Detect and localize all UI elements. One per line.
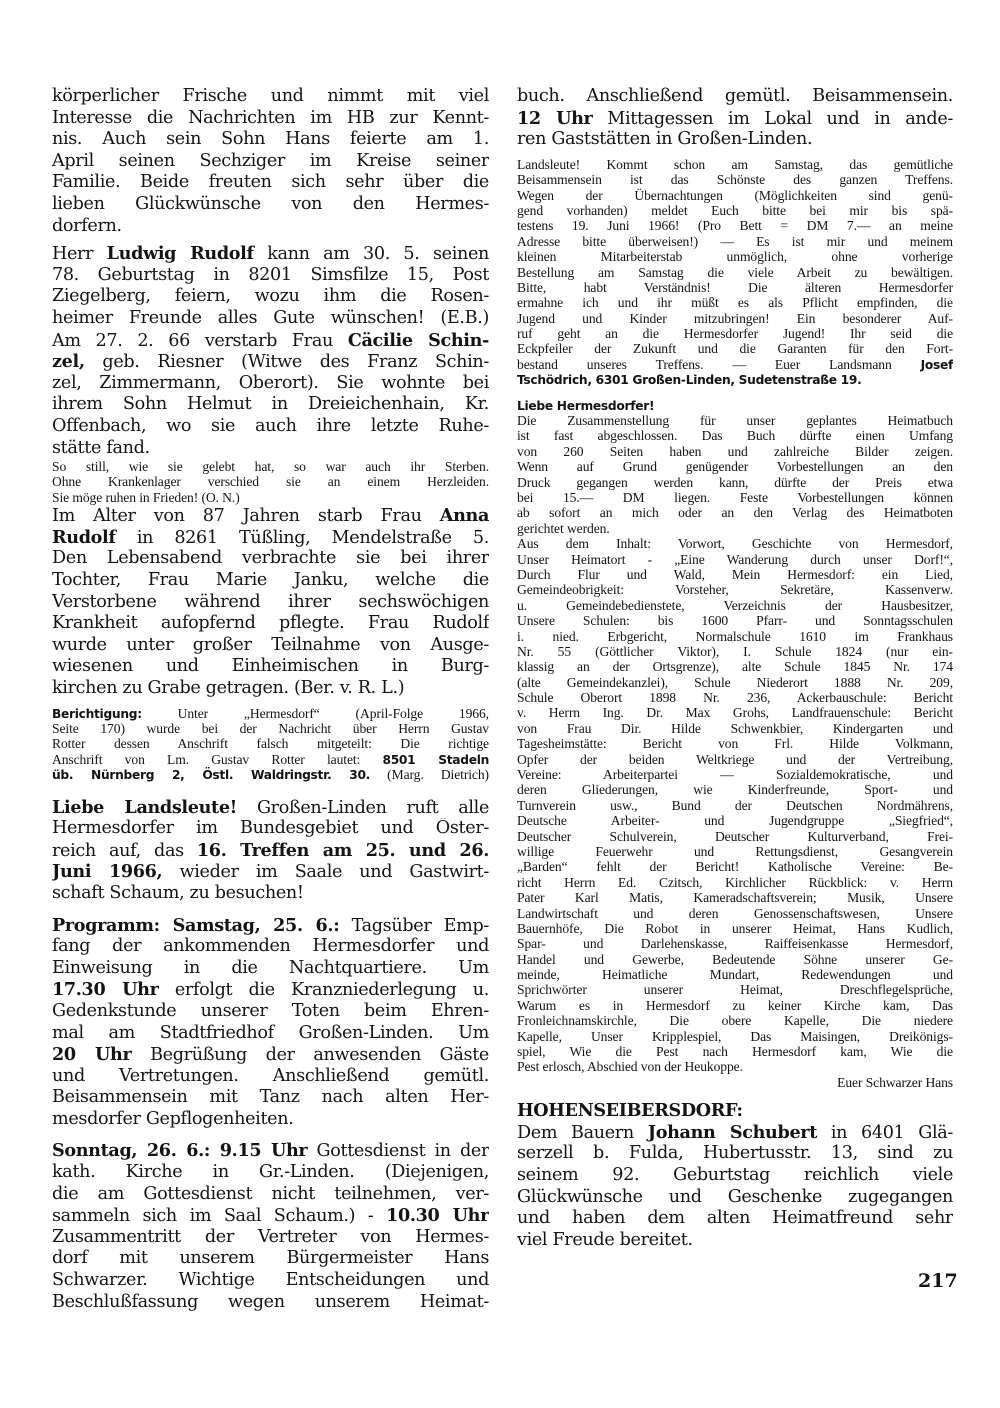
text-line: ruf geht an die Hermesdorfer Jugend! Ihr… — [517, 326, 953, 341]
text-line: Turnverein usw., Bund der Deutschen Nord… — [517, 798, 953, 813]
text-line: und Vertretungen. Anschließend gemütl. — [52, 1066, 489, 1088]
text-line: stätte fand. — [52, 438, 489, 460]
text-line: Nr. 55 (Göttlicher Viktor), I. Schule 18… — [517, 644, 953, 659]
paragraph-appeal: Landsleute! Kommt schon am Samstag, das … — [517, 157, 953, 388]
text-line: serzell b. Fulda, Hubertusstr. 13, sind … — [517, 1143, 953, 1165]
text-line: (alte Gemeindekanzlei), Schule Niederort… — [517, 675, 953, 690]
text-line: Beisammensein mit Tanz nach alten Her- — [52, 1087, 489, 1109]
text-line: Familie. Beide freuten sich sehr über di… — [52, 172, 489, 194]
text-line: Ziegelberg, feiern, wozu ihm die Rosen- — [52, 286, 489, 308]
text-line: Adresse bitte überweisen!) — Es ist mir … — [517, 234, 953, 249]
text-line: deren Gliederungen, wie Kinderfreunde, S… — [517, 782, 953, 797]
section-heading: HOHENSEIBERSDORF: — [517, 1100, 953, 1122]
text-line: i. nied. Erbgericht, Normalschule 1610 i… — [517, 629, 953, 644]
correction-label: Berichtigung: — [52, 707, 142, 721]
text-line: Krankheit aufopfernd pflegte. Frau Rudol… — [52, 613, 489, 635]
text-line: Tschödrich, 6301 Großen-Linden, Sudetens… — [517, 372, 953, 387]
text-line: Unser Heimatort - „Eine Wanderung durch … — [517, 552, 953, 567]
text-line: Hermesdorfer im Bundesgebiet und Öster- — [52, 818, 489, 840]
text-line: Deutsche Arbeiter- und Jugendgruppe „Sie… — [517, 813, 953, 828]
text-line: Schule Oberort 1898 Nr. 236, Ackerbausch… — [517, 690, 953, 705]
text-line: Dem Bauern Johann Schubert in 6401 Glä- — [517, 1122, 953, 1144]
text-line: Beisammensein ist das Schönste des ganze… — [517, 172, 953, 187]
text-line: Interesse die Nachrichten im HB zur Kenn… — [52, 108, 489, 130]
right-column: buch. Anschließend gemütl. Beisammensein… — [517, 86, 953, 1251]
text-line: von 260 Seiten haben und zahlreiche Bild… — [517, 444, 953, 459]
page-number: 217 — [918, 1270, 958, 1292]
text-line: Tochter, Frau Marie Janku, welche die — [52, 570, 489, 592]
text-line: Verstorbene während ihrer sechswöchigen — [52, 592, 489, 614]
text-line: April seinen Sechziger im Kreise seiner — [52, 151, 489, 173]
text-line: Sonntag, 26. 6.: 9.15 Uhr Gottesdienst i… — [52, 1140, 489, 1162]
text-line: Warum es in Hermesdorf zu keiner Kirche … — [517, 998, 953, 1013]
text-line: Jugend und Kinder mitzubringen! Ein beso… — [517, 311, 953, 326]
text-line: Gedenkstunde unserer Toten beim Ehren- — [52, 1001, 489, 1023]
text-line: Gemeindeobrigkeit: Vorsteher, Sekretäre,… — [517, 582, 953, 597]
paragraph-hohenseibersdorf: HOHENSEIBERSDORF: Dem Bauern Johann Schu… — [517, 1100, 953, 1251]
text-line: viel Freude bereitet. — [517, 1230, 953, 1252]
text-line: fang der ankommenden Hermesdorfer und — [52, 936, 489, 958]
text-line: Fronleichnamskirchle, Die obere Kapelle,… — [517, 1013, 953, 1028]
paragraph-anna-rudolf: Im Alter von 87 Jahren starb Frau Anna R… — [52, 505, 489, 699]
text-line: zel, geb. Riesner (Witwe des Franz Schin… — [52, 351, 489, 373]
text-line: Durch Flur und Wald, Mein Hermesdorf: ei… — [517, 567, 953, 582]
text-line: willige Feuerwehr und Rettungsdienst, Ge… — [517, 844, 953, 859]
text-line: Aus dem Inhalt: Vorwort, Geschichte von … — [517, 536, 953, 551]
text-line: Unsere Schulen: bis 1600 Pfarr- und Sonn… — [517, 613, 953, 628]
paragraph-continuation-frische: körperlicher Frische und nimmt mit viel … — [52, 86, 489, 237]
text-line: mal am Stadtfriedhof Großen-Linden. Um — [52, 1023, 489, 1045]
text-line: dorf mit unserem Bürgermeister Hans — [52, 1248, 489, 1270]
text-line: v. Herrn Ing. Dr. Max Grohs, Landfrauens… — [517, 705, 953, 720]
paragraph-heimatbuch: Liebe Hermesdorfer! Die Zusammenstellung… — [517, 398, 953, 537]
text-line: Kapelle, Unser Kripplespiel, Das Maising… — [517, 1029, 953, 1044]
text-line: ist fast abgeschlossen. Das Buch dürfte … — [517, 428, 953, 443]
person-name: Anna — [440, 505, 489, 526]
text-line: Pater Karl Matis, Kameradschaftsverein; … — [517, 890, 953, 905]
text-line: Spar- und Darlehenskasse, Raiffeisenkass… — [517, 936, 953, 951]
text-line: nis. Auch sein Sohn Hans feierte am 1. — [52, 129, 489, 151]
text-line: sammeln sich im Saal Schaum.) - 10.30 Uh… — [52, 1205, 489, 1227]
text-line: Beschlußfassung wegen unserem Heimat- — [52, 1292, 489, 1314]
paragraph-ludwig-rudolf: Herr Ludwig Rudolf kann am 30. 5. seinen… — [52, 243, 489, 329]
signature-address: Tschödrich, 6301 Großen-Linden, Sudetens… — [517, 373, 861, 387]
text-line: 78. Geburtstag in 8201 Simsfilze 15, Pos… — [52, 265, 489, 287]
text-line: Juni 1966, wieder im Saale und Gastwirt- — [52, 861, 489, 883]
text-line: Sie möge ruhen in Frieden! (O. N.) — [52, 490, 489, 505]
text-line: 17.30 Uhr erfolgt die Kranzniederlegung … — [52, 979, 489, 1001]
text-line: lieben Glückwünsche von den Hermes- — [52, 194, 489, 216]
signature: Euer Schwarzer Hans — [517, 1075, 953, 1090]
text-line: Druck gegangen werden kann, dürfte der P… — [517, 475, 953, 490]
text-line: seinem 92. Geburtstag reichlich viele — [517, 1165, 953, 1187]
text-line: Anschrift von Lm. Gustav Rotter lautet: … — [52, 752, 489, 767]
text-line: bei 15.— DM liegen. Feste Vorbestellunge… — [517, 490, 953, 505]
text-line: klassig an der Ortsgrenze), alte Schule … — [517, 659, 953, 674]
text-line: testens 19. Juni 1966! (Pro Bett = DM 7.… — [517, 218, 953, 233]
text-line: Deutscher Schulverein, Deutscher Kulturv… — [517, 829, 953, 844]
text-line: Zusammentritt der Vertreter von Hermes- — [52, 1227, 489, 1249]
text-line: von Frau Dir. Hilde Schwenkbier, Kinderg… — [517, 721, 953, 736]
text-line: meinde, Heimatliche Mundart, Redewendung… — [517, 967, 953, 982]
text-line: Offenbach, wo sie auch ihre letzte Ruhe- — [52, 416, 489, 438]
text-line: Den Lebensabend verbrachte sie bei ihrer — [52, 548, 489, 570]
text-line: Ohne Krankenlager verschied sie an einem… — [52, 474, 489, 489]
text-line: Glückwünsche und Geschenke zugegangen — [517, 1187, 953, 1209]
text-line: Bauernhöfe, Die Robot in unserer Heimat,… — [517, 921, 953, 936]
text-line: ren Gaststätten in Großen-Linden. — [517, 129, 953, 151]
text-line: So still, wie sie gelebt hat, so war auc… — [52, 459, 489, 474]
paragraph-obituary-note: So still, wie sie gelebt hat, so war auc… — [52, 459, 489, 505]
text-line: Seite 170) wurde bei der Nachricht über … — [52, 721, 489, 736]
paragraph-caecilie-schinzel: Am 27. 2. 66 verstarb Frau Cäcilie Schin… — [52, 330, 489, 460]
text-line: Bestellung am Samstag die viele Arbeit z… — [517, 265, 953, 280]
text-line: bestand unseres Treffens. — Euer Landsma… — [517, 357, 953, 372]
person-name: Cäcilie Schin- — [348, 330, 489, 351]
text-line: Schwarzer. Wichtige Entscheidungen und — [52, 1270, 489, 1292]
text-line: Liebe Landsleute! Großen-Linden ruft all… — [52, 797, 489, 819]
text-line: kleinen Mitarbeiterstab unmöglich, ohne … — [517, 249, 953, 264]
text-line: 20 Uhr Begrüßung der anwesenden Gäste — [52, 1044, 489, 1066]
text-line: und haben dem alten Heimatfreund sehr — [517, 1208, 953, 1230]
text-line: Pest erlosch, Abschied von der Heukoppe. — [517, 1059, 953, 1074]
text-line: kirchen zu Grabe getragen. (Ber. v. R. L… — [52, 678, 489, 700]
paragraph-programme-continuation: buch. Anschließend gemütl. Beisammensein… — [517, 86, 953, 151]
paragraph-correction: Berichtigung: Unter „Hermesdorf“ (April-… — [52, 706, 489, 783]
text-line: ermahne ich und ihr müßt es als Pflicht … — [517, 295, 953, 310]
text-line: Handel und Gewerbe, Bedeutende Söhne uns… — [517, 952, 953, 967]
text-line: mesdorfer Gepflogenheiten. — [52, 1109, 489, 1131]
text-line: gend vorhanden) meldet Euch bitte bei mi… — [517, 203, 953, 218]
left-column: körperlicher Frische und nimmt mit viel … — [52, 86, 489, 1313]
text-line: Am 27. 2. 66 verstarb Frau Cäcilie Schin… — [52, 330, 489, 352]
text-line: wurde unter großer Teilnahme von Ausge- — [52, 635, 489, 657]
text-line: Im Alter von 87 Jahren starb Frau Anna — [52, 505, 489, 527]
paragraph-invitation: Liebe Landsleute! Großen-Linden ruft all… — [52, 797, 489, 905]
paragraph-programme-sunday: Sonntag, 26. 6.: 9.15 Uhr Gottesdienst i… — [52, 1140, 489, 1313]
text-line: reich auf, das 16. Treffen am 25. und 26… — [52, 840, 489, 862]
section-heading: Liebe Hermesdorfer! — [517, 398, 953, 413]
paragraph-programme-saturday: Programm: Samstag, 25. 6.: Tagsüber Emp-… — [52, 915, 489, 1131]
text-line: ab sofort an mich oder an den Verlag des… — [517, 505, 953, 520]
text-line: Wegen der Übernachtungen (Möglichkeiten … — [517, 188, 953, 203]
text-line: üb. Nürnberg 2, Östl. Waldringstr. 30. (… — [52, 767, 489, 782]
text-line: kath. Kirche in Gr.-Linden. (Diejenigen, — [52, 1162, 489, 1184]
text-line: ihrem Sohn Helmut in Dreieichenhain, Kr. — [52, 394, 489, 416]
text-line: die am Gottesdienst nicht teilnehmen, ve… — [52, 1184, 489, 1206]
text-line: Tagesheimstätte: Bericht von Frl. Hilde … — [517, 736, 953, 751]
text-line: spiel, Wie die Pest nach Hermesdorf kam,… — [517, 1044, 953, 1059]
person-name: Johann Schubert — [648, 1122, 817, 1143]
text-line: gerichtet werden. — [517, 521, 953, 536]
text-line: Bitte, habt Verständnis! Die älteren Her… — [517, 280, 953, 295]
text-line: Herr Ludwig Rudolf kann am 30. 5. seinen — [52, 243, 489, 265]
text-line: Landsleute! Kommt schon am Samstag, das … — [517, 157, 953, 172]
text-line: „Barden“ fehlt der Bericht! Katholische … — [517, 859, 953, 874]
text-line: Einweisung in die Nachtquartiere. Um — [52, 958, 489, 980]
text-line: schaft Schaum, zu besuchen! — [52, 883, 489, 905]
text-line: Eckpfeiler der Zukunft und die Garanten … — [517, 341, 953, 356]
text-line: Landwirtschaft und deren Genossenschafts… — [517, 906, 953, 921]
text-line: Wenn auf Grund genügender Vorbestellunge… — [517, 459, 953, 474]
text-line: u. Gemeindebedienstete, Verzeichnis der … — [517, 598, 953, 613]
text-line: Opfer der beiden Weltkriege und der Vert… — [517, 752, 953, 767]
person-name: Rudolf — [52, 527, 116, 548]
text-line: Die Zusammenstellung für unser geplantes… — [517, 413, 953, 428]
text-line: Programm: Samstag, 25. 6.: Tagsüber Emp- — [52, 915, 489, 937]
text-line: buch. Anschließend gemütl. Beisammensein… — [517, 86, 953, 108]
text-line: Rotter dessen Anschrift falsch mitgeteil… — [52, 736, 489, 751]
text-line: Berichtigung: Unter „Hermesdorf“ (April-… — [52, 706, 489, 721]
text-line: Rudolf in 8261 Tüßling, Mendelstraße 5. — [52, 527, 489, 549]
text-line: dorfern. — [52, 216, 489, 238]
text-line: Sprichwörter unserer Heimat, Dreschflege… — [517, 982, 953, 997]
person-name: zel, — [52, 351, 85, 372]
paragraph-book-contents: Aus dem Inhalt: Vorwort, Geschichte von … — [517, 536, 953, 1090]
text-line: wiesenen und Einheimischen in Burg- — [52, 656, 489, 678]
text-line: körperlicher Frische und nimmt mit viel — [52, 86, 489, 108]
text-line: 12 Uhr Mittagessen im Lokal und in ande- — [517, 108, 953, 130]
text-line: zel, Zimmermann, Oberort). Sie wohnte be… — [52, 373, 489, 395]
text-line: heimer Freunde alles Gute wünschen! (E.B… — [52, 308, 489, 330]
text-line: richt Herrn Ed. Czitsch, Kirchlicher Rüc… — [517, 875, 953, 890]
text-line: Vereine: Arbeiterpartei — Sozialdemokrat… — [517, 767, 953, 782]
person-name: Ludwig Rudolf — [107, 243, 254, 264]
